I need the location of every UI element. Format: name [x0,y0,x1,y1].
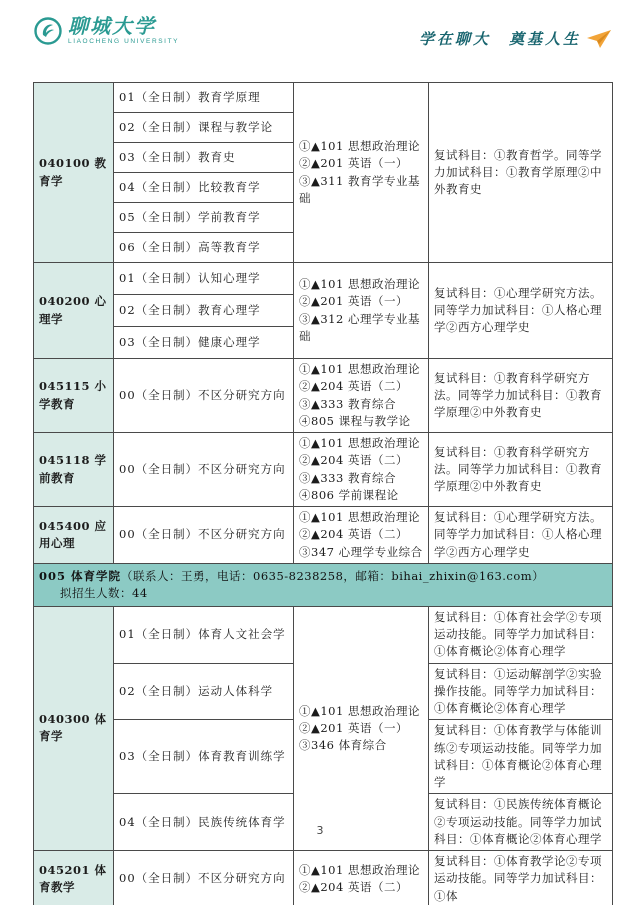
program-cell-040300: 040300 体育学 [34,606,114,850]
university-name-block: 聊城大学 LIAOCHENG UNIVERSITY [68,16,179,46]
exam-cell-040100: ①▲101 思想政治理论 ②▲201 英语（一） ③▲311 教育学专业基础 [294,83,429,263]
direction-cell: 02（全日制）课程与教学论 [114,113,294,143]
retest-cell-040200: 复试科目：①心理学研究方法。同等学力加试科目：①人格心理学②西方心理学史 [429,263,613,359]
exam-line: ②▲201 英语（一） [299,293,423,310]
direction-cell: 04（全日制）比较教育学 [114,173,294,203]
university-name: 聊城大学 [68,16,179,36]
exam-line: ②▲204 英语（二） [299,879,423,896]
program-cell-045400: 045400 应用心理 [34,507,114,564]
exam-cell-045201: ①▲101 思想政治理论 ②▲204 英语（二） [294,851,429,905]
department-title: 005 体育学院 [39,569,121,583]
direction-cell: 02（全日制）教育心理学 [114,295,294,327]
exam-line: ①▲101 思想政治理论 [299,862,423,879]
exam-line: ④805 课程与教学论 [299,413,423,430]
program-cell-045115: 045115 小学教育 [34,359,114,433]
admissions-table: 040100 教育学 01（全日制）教育学原理 ①▲101 思想政治理论 ②▲2… [33,82,613,905]
document-page: 聊城大学 LIAOCHENG UNIVERSITY 学在聊大 奠基人生 0401… [0,0,640,905]
direction-cell: 01（全日制）体育人文社会学 [114,606,294,663]
department-banner-line1: 005 体育学院（联系人：王勇，电话：0635-8238258，邮箱：bihai… [39,568,607,585]
exam-line: ②▲204 英语（二） [299,378,423,395]
department-contact: （联系人：王勇，电话：0635-8238258，邮箱：bihai_zhixin@… [121,569,544,583]
direction-cell: 04（全日制）民族传统体育学 [114,794,294,851]
direction-cell: 02（全日制）运动人体科学 [114,663,294,720]
retest-cell-040300-03: 复试科目：①体育教学与体能训练②专项运动技能。同等学力加试科目：①体育概论②体育… [429,720,613,794]
exam-line: ①▲101 思想政治理论 [299,509,423,526]
page-header: 聊城大学 LIAOCHENG UNIVERSITY 学在聊大 奠基人生 [33,16,612,49]
exam-line: ④806 学前课程论 [299,487,423,504]
direction-cell: 01（全日制）教育学原理 [114,83,294,113]
direction-cell: 03（全日制）体育教育训练学 [114,720,294,794]
retest-cell-040300-04: 复试科目：①民族传统体育概论②专项运动技能。同等学力加试科目：①体育概论②体育心… [429,794,613,851]
exam-line: ③▲333 教育综合 [299,470,423,487]
retest-cell-045201: 复试科目：①体育教学论②专项运动技能。同等学力加试科目：①体 [429,851,613,905]
direction-cell: 00（全日制）不区分研究方向 [114,433,294,507]
direction-cell: 00（全日制）不区分研究方向 [114,507,294,564]
exam-line: ③347 心理学专业综合 [299,544,423,561]
university-name-en: LIAOCHENG UNIVERSITY [68,39,179,46]
exam-line: ①▲101 思想政治理论 [299,138,423,155]
page-number: 3 [0,824,640,837]
program-cell-045201: 045201 体育教学 [34,851,114,905]
department-enrollment: 拟招生人数：44 [39,585,607,602]
department-banner: 005 体育学院（联系人：王勇，电话：0635-8238258，邮箱：bihai… [34,563,613,606]
direction-cell: 03（全日制）健康心理学 [114,327,294,359]
retest-cell-040100: 复试科目：①教育哲学。同等学力加试科目：①教育学原理②中外教育史 [429,83,613,263]
university-brand: 聊城大学 LIAOCHENG UNIVERSITY [33,16,179,46]
exam-line: ③▲312 心理学专业基础 [299,311,423,346]
direction-cell: 01（全日制）认知心理学 [114,263,294,295]
exam-line: ③▲311 教育学专业基础 [299,173,423,208]
exam-cell-040300: ①▲101 思想政治理论 ②▲201 英语（一） ③346 体育综合 [294,606,429,850]
direction-cell: 05（全日制）学前教育学 [114,203,294,233]
exam-cell-045400: ①▲101 思想政治理论 ②▲204 英语（二） ③347 心理学专业综合 [294,507,429,564]
direction-cell: 06（全日制）高等教育学 [114,233,294,263]
retest-cell-040300-02: 复试科目：①运动解剖学②实验操作技能。同等学力加试科目：①体育概论②体育心理学 [429,663,613,720]
exam-line: ②▲204 英语（二） [299,452,423,469]
retest-cell-045115: 复试科目：①教育科学研究方法。同等学力加试科目：①教育学原理②中外教育史 [429,359,613,433]
retest-cell-040300-01: 复试科目：①体育社会学②专项运动技能。同等学力加试科目：①体育概论②体育心理学 [429,606,613,663]
program-cell-040200: 040200 心理学 [34,263,114,359]
exam-line: ②▲201 英语（一） [299,720,423,737]
exam-line: ③▲333 教育综合 [299,396,423,413]
exam-line: ①▲101 思想政治理论 [299,703,423,720]
exam-line: ①▲101 思想政治理论 [299,276,423,293]
university-logo-icon [33,16,63,46]
exam-cell-045115: ①▲101 思想政治理论 ②▲204 英语（二） ③▲333 教育综合 ④805… [294,359,429,433]
paper-plane-icon [586,29,612,49]
exam-line: ②▲201 英语（一） [299,155,423,172]
slogan-text: 学在聊大 奠基人生 [419,28,581,49]
slogan-block: 学在聊大 奠基人生 [419,28,612,49]
direction-cell: 00（全日制）不区分研究方向 [114,851,294,905]
direction-cell: 03（全日制）教育史 [114,143,294,173]
exam-line: ①▲101 思想政治理论 [299,361,423,378]
direction-cell: 00（全日制）不区分研究方向 [114,359,294,433]
retest-cell-045400: 复试科目：①心理学研究方法。同等学力加试科目：①人格心理学②西方心理学史 [429,507,613,564]
exam-line: ①▲101 思想政治理论 [299,435,423,452]
exam-line: ②▲204 英语（二） [299,526,423,543]
program-cell-040100: 040100 教育学 [34,83,114,263]
program-cell-045118: 045118 学前教育 [34,433,114,507]
exam-cell-040200: ①▲101 思想政治理论 ②▲201 英语（一） ③▲312 心理学专业基础 [294,263,429,359]
exam-cell-045118: ①▲101 思想政治理论 ②▲204 英语（二） ③▲333 教育综合 ④806… [294,433,429,507]
retest-cell-045118: 复试科目：①教育科学研究方法。同等学力加试科目：①教育学原理②中外教育史 [429,433,613,507]
exam-line: ③346 体育综合 [299,737,423,754]
